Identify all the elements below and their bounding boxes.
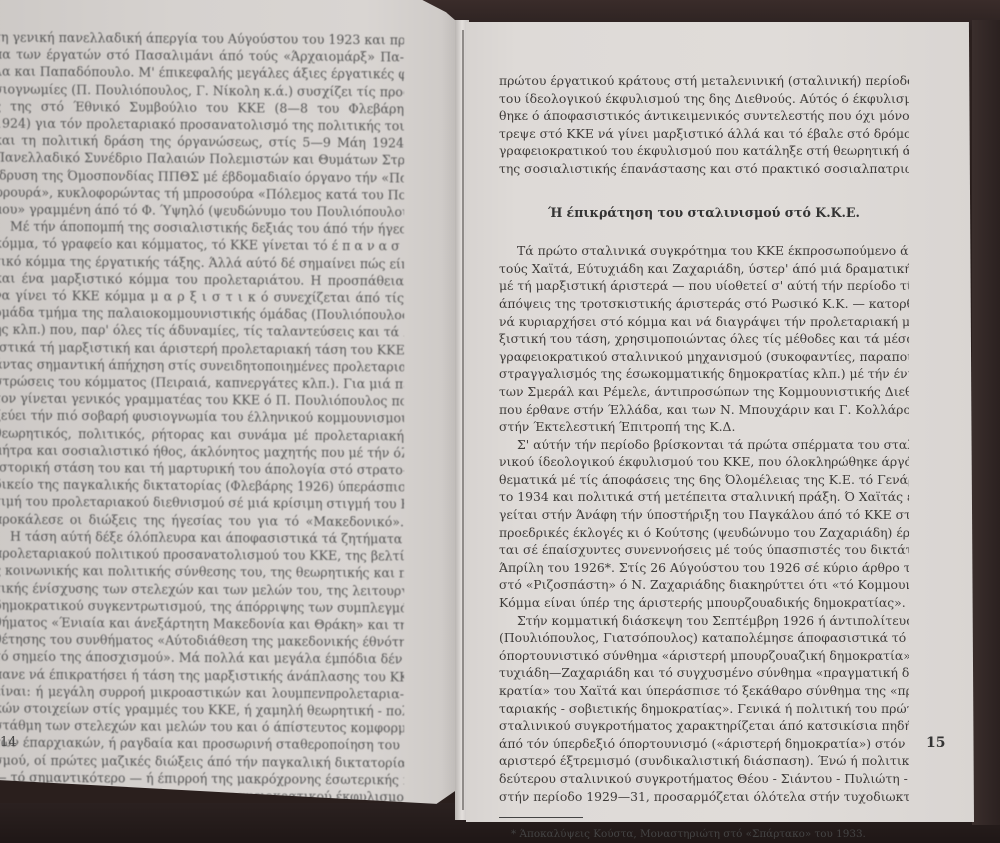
paragraph-2: Σ' αύτήν τήν περίοδο βρίσκονται τά πρώτα… bbox=[499, 436, 909, 612]
text-line: το 1934 και πολιτικά στή μετέπειτα σταλι… bbox=[499, 488, 909, 506]
text-line: κρατία» του Χαϊτά και ύπεράσπισε τό ξεκά… bbox=[499, 682, 909, 700]
text-line: (Πουλιόπουλος, Γιατσόπουλος) καταπολέμησ… bbox=[499, 629, 909, 647]
text-line: ταριακής - σοβιετικής δημοκρατίας». Γενι… bbox=[499, 700, 909, 718]
text-line: τρεψε στό ΚΚΕ νά γίνει μαρξιστικό άλλά κ… bbox=[499, 125, 909, 143]
text-line: όπορτουνιστικό σύνθημα «άριστερή μπουρζο… bbox=[499, 647, 909, 665]
text-line: ς κοινωνικής και πολιτικής σύνθεσης του,… bbox=[0, 562, 404, 582]
text-line: δεύτερου σταλινικού συγκροτήματος Θέου -… bbox=[499, 770, 909, 788]
text-line: στήν Έκτελεστική Έπιτροπή της Κ.Δ. bbox=[499, 418, 909, 436]
paragraph-1: Τά πρώτο σταλινικά συγκρότημα του ΚΚΕ έκ… bbox=[499, 242, 909, 436]
footnote-rule bbox=[499, 817, 583, 818]
text-line: Τά πρώτο σταλινικά συγκρότημα του ΚΚΕ έκ… bbox=[499, 242, 909, 260]
text-line: γραφειοκρατικού σταλινικού μηχανισμού (σ… bbox=[499, 348, 909, 366]
book-edge-right bbox=[972, 20, 1000, 825]
gutter-fold bbox=[462, 30, 464, 810]
text-line: που έρθανε στήν Έλλάδα, και των Ν. Μπουχ… bbox=[499, 401, 909, 419]
footnote: * Άποκαλύψεις Κούστα, Μοναστηριώτη στό «… bbox=[499, 826, 909, 843]
text-line: στήν περίοδο 1929—31, προσαρμόζεται όλότ… bbox=[499, 788, 909, 806]
intro-block: πρώτου έργατικού κράτους στή μετaλενινικ… bbox=[499, 72, 909, 178]
text-line: του ίδεολογικού έκφυλισμού της δης Διεθν… bbox=[499, 90, 909, 108]
text-line: μέ τή μαρξιστική άριστερά — που υίοθετεί… bbox=[499, 277, 909, 295]
text-line: τυχιάδη—Ζαχαριάδη και τό συγχυσμένο σύνθ… bbox=[499, 664, 909, 682]
text-line: στραγγαλισμός της έσωκομματικής δημοκρατ… bbox=[499, 365, 909, 383]
text-line: θεματικά μέ τίς άποφάσεις της 6ης Όλομέλ… bbox=[499, 471, 909, 489]
text-line: Άπρίλη του 1926*. Στίς 26 Αύγούστου του … bbox=[499, 559, 909, 577]
text-line: πρώτου έργατικού κράτους στή μετaλενινικ… bbox=[499, 72, 909, 90]
text-line: γείται στήν Άνάφη τήν ύποστήριξη του Παγ… bbox=[499, 506, 909, 524]
right-page-text: πρώτου έργατικού κράτους στή μετaλενινικ… bbox=[499, 72, 909, 843]
text-line: ξιστική του τάση, χρησιμοποιώντας όλες τ… bbox=[499, 330, 909, 348]
text-line: Στήν κομματική διάσκεψη του Σεπτέμβρη 19… bbox=[499, 612, 909, 630]
text-line: άπό τόν ύπερδεξιό όπορτουνισμό («άριστερ… bbox=[499, 735, 909, 753]
text-line: νά κυριαρχήσει στό κόμμα και νά διαγράψε… bbox=[499, 313, 909, 331]
text-line: των Σμεράλ και Ρέμελε, άντιπροσώπων της … bbox=[499, 383, 909, 401]
text-line: Σ' αύτήν τήν περίοδο βρίσκονται τά πρώτα… bbox=[499, 436, 909, 454]
text-line: τό σημείο της άποσχισμού». Μά πολλά και … bbox=[0, 648, 404, 668]
text-line: άπόψεις της τροτσκιστικής άριστεράς στό … bbox=[499, 295, 909, 313]
text-line: της σοσιαλιστικής έπανάστασης και στό πρ… bbox=[499, 160, 909, 178]
text-line: Κόμμα είναι ύπέρ της άριστερής μπουρζουα… bbox=[499, 594, 909, 612]
text-line: στό «Ριζοσπάστη» ό Ν. Ζαχαριάδης διακηρύ… bbox=[499, 576, 909, 594]
right-page-number: 15 bbox=[926, 735, 945, 751]
text-line: των έπαρχιακών, ή ραγδαία και προσωρινή … bbox=[0, 734, 404, 754]
text-line: γραφειοκρατικού του έκφυλισμού που κατάλ… bbox=[499, 142, 909, 160]
text-line: λα και Παπαδόπουλο. Μ' έπικεφαλής μεγάλε… bbox=[0, 63, 404, 83]
section-heading: Ή έπικράτηση του σταλινισμού στό Κ.Κ.Ε. bbox=[499, 204, 909, 222]
paragraph-3: Στήν κομματική διάσκεψη του Σεπτέμβρη 19… bbox=[499, 612, 909, 806]
left-page-text: τη γενική πανελλαδική άπεργία του Αύγούσ… bbox=[0, 29, 404, 806]
text-line: τούς Χαϊτά, Εύτυχιάδη και Ζαχαριάδη, ύστ… bbox=[499, 260, 909, 278]
text-line: προεδρικές έκλογές κι ό Κούτσης (ψευδώνυ… bbox=[499, 524, 909, 542]
text-line: νικού ίδεολογικού έκφυλισμού του ΚΚΕ, πο… bbox=[499, 453, 909, 471]
text-line: θηκε ό άποφασιστικός άντικειμενικός συντ… bbox=[499, 107, 909, 125]
left-page-number: 14 bbox=[0, 735, 17, 750]
left-page: τη γενική πανελλαδική άπεργία του Αύγούσ… bbox=[0, 0, 460, 812]
text-line: σταλινικού συγκροτήματος χαρακτηρίζεται … bbox=[499, 717, 909, 735]
text-line: ται σέ έπαίσχυντες συνεννοήσεις μέ τούς … bbox=[499, 541, 909, 559]
text-line: — τό σημαντικότερο — ή έπιρροή της μακρό… bbox=[0, 768, 404, 788]
text-line: αριστερό έξτρεμισμό (συνδικαλιστική διάσ… bbox=[499, 752, 909, 770]
